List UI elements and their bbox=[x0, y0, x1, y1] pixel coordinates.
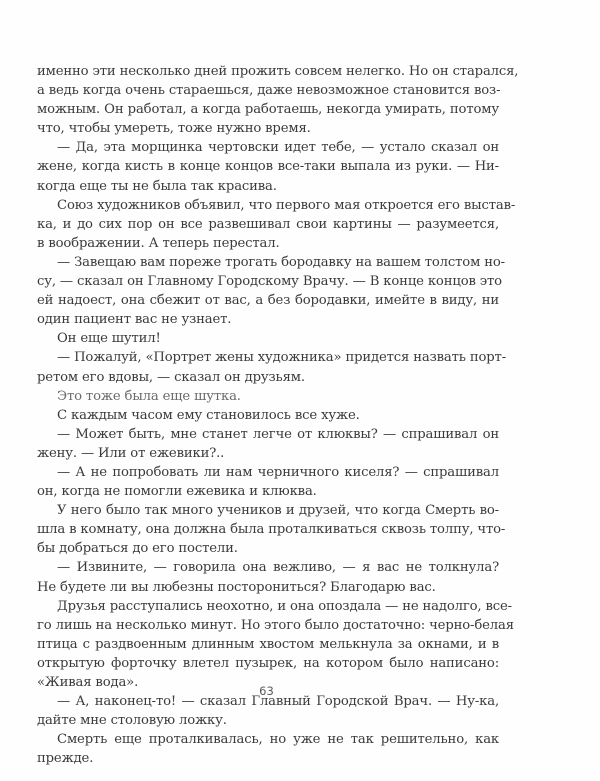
text-line: го лишь на несколько минут. Но этого был… bbox=[37, 616, 499, 635]
text-line: Он еще шутил! bbox=[37, 329, 499, 348]
text-line: ка, и до сих пор он все развешивал свои … bbox=[37, 215, 499, 234]
text-line: бы добраться до его постели. bbox=[37, 539, 499, 558]
text-line: Друзья расступались неохотно, и она опоз… bbox=[37, 597, 499, 616]
text-line: а ведь когда очень стараешься, даже нево… bbox=[37, 81, 499, 100]
text-line: — А не попробовать ли нам черничного кис… bbox=[37, 463, 499, 482]
text-line: Союз художников объявил, что первого мая… bbox=[37, 196, 499, 215]
text-line: У него было так много учеников и друзей,… bbox=[37, 501, 499, 520]
text-line: ретом его вдовы, — сказал он друзьям. bbox=[37, 368, 499, 387]
text-line: — Пожалуй, «Портрет жены художника» прид… bbox=[37, 348, 499, 367]
text-line: можным. Он работал, а когда работаешь, н… bbox=[37, 100, 499, 119]
text-line: когда еще ты не была так красива. bbox=[37, 177, 499, 196]
text-line: — Да, эта морщинка чертовски идет тебе, … bbox=[37, 138, 499, 157]
text-line: жене, когда кисть в конце концов все-так… bbox=[37, 157, 499, 176]
text-line: птица с раздвоенным длинным хвостом мель… bbox=[37, 635, 499, 654]
book-page: именно эти несколько дней прожить совсем… bbox=[0, 0, 600, 781]
text-line: он, когда не помогли ежевика и клюква. bbox=[37, 482, 499, 501]
body-text: именно эти несколько дней прожить совсем… bbox=[37, 62, 499, 768]
text-line: Это тоже была еще шутка. bbox=[37, 387, 499, 406]
text-line: прежде. bbox=[37, 749, 499, 768]
text-line: ей надоест, она сбежит от вас, а без бор… bbox=[37, 291, 499, 310]
text-line: — Может быть, мне станет легче от клюквы… bbox=[37, 425, 499, 444]
page-number: 63 bbox=[0, 684, 533, 698]
text-line: шла в комнату, она должна была проталкив… bbox=[37, 520, 499, 539]
text-line: открытую форточку влетел пузырек, на кот… bbox=[37, 654, 499, 673]
text-line: в воображении. А теперь перестал. bbox=[37, 234, 499, 253]
text-line: — Завещаю вам пореже трогать бородавку н… bbox=[37, 253, 499, 272]
text-line: су, — сказал он Главному Городскому Врач… bbox=[37, 272, 499, 291]
text-line: дайте мне столовую ложку. bbox=[37, 711, 499, 730]
text-line: Не будете ли вы любезны посторониться? Б… bbox=[37, 578, 499, 597]
text-line: жену. — Или от ежевики?.. bbox=[37, 444, 499, 463]
text-line: С каждым часом ему становилось все хуже. bbox=[37, 406, 499, 425]
text-line: — Извините, — говорила она вежливо, — я … bbox=[37, 558, 499, 577]
text-line: Смерть еще проталкивалась, но уже не так… bbox=[37, 730, 499, 749]
text-line: один пациент вас не узнает. bbox=[37, 310, 499, 329]
text-line: именно эти несколько дней прожить совсем… bbox=[37, 62, 499, 81]
text-line: что, чтобы умереть, тоже нужно время. bbox=[37, 119, 499, 138]
